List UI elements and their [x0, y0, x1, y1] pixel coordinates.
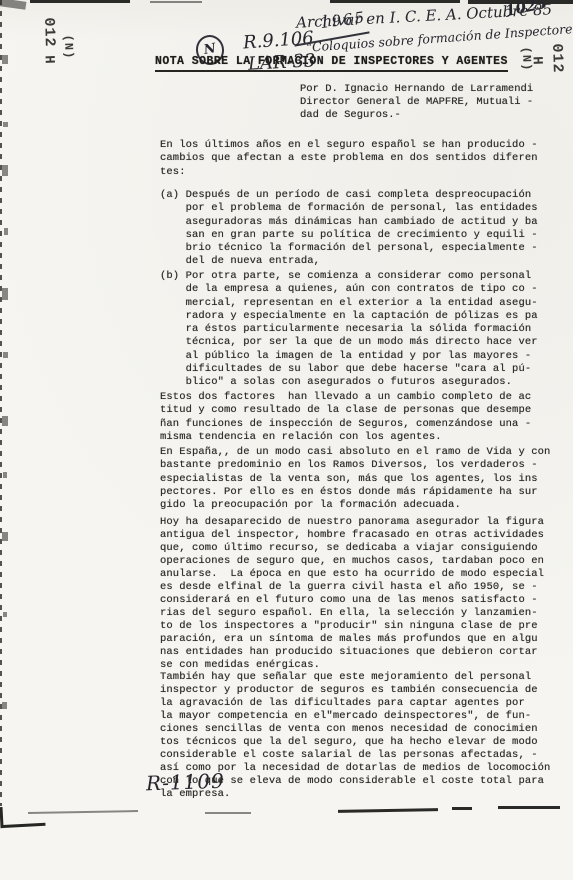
scan-left-edge-smudge [3, 122, 8, 127]
scan-left-edge-smudge [4, 228, 8, 235]
byline-role: Director General de MAPFRE, Mutuali - [300, 96, 533, 110]
byline-author: Por D. Ignacio Hernando de Larramendi [300, 83, 533, 97]
scan-right-edge-dotted-line [0, 0, 2, 806]
scan-bottom-edge-mark [452, 807, 472, 810]
body-paragraph-history: Hoy ha desaparecido de nuestro panorama … [160, 516, 560, 672]
scan-left-edge-smudge [2, 532, 8, 541]
scan-left-edge-smudge [2, 416, 8, 426]
scan-left-edge-smudge [3, 472, 7, 478]
handwritten-ref-number: R.9.106 [242, 28, 314, 54]
scan-top-edge-mark [150, 1, 202, 3]
body-paragraph-item-b: (b) Por otra parte, se comienza a consid… [160, 270, 560, 390]
scan-bottom-edge-mark [338, 808, 438, 813]
body-paragraph-spain: En España,, de un modo casi absoluto en … [160, 446, 560, 512]
body-paragraph-intro: En los últimos años en el seguro español… [160, 139, 560, 179]
scan-corner-smudge [0, 0, 26, 10]
scan-left-edge-smudge [3, 612, 7, 617]
body-paragraph-item-a: (a) Después de un período de casi comple… [160, 189, 560, 269]
archive-stamp-right-letter: H [529, 56, 545, 66]
scan-corner-bracket [0, 805, 46, 828]
scan-left-edge-smudge [3, 352, 8, 358]
byline-role-cont: dad de Seguros.- [300, 109, 401, 123]
archive-stamp-left-number: 012 [40, 17, 58, 48]
scan-bottom-edge-mark [498, 806, 560, 809]
scan-left-edge-smudge [2, 165, 8, 176]
archive-stamp-left-suffix: (N) [61, 34, 76, 59]
scan-left-edge-smudge [2, 288, 8, 300]
page-title: NOTA SOBRE LA FORMACION DE INSPECTORES Y… [155, 55, 508, 72]
scan-top-edge-mark [330, 0, 460, 3]
scan-left-edge-smudge [2, 702, 7, 709]
scan-bottom-edge-mark [205, 812, 251, 814]
body-paragraph-costs: También hay que señalar que este mejoram… [160, 671, 560, 801]
archive-stamp-left-letter: H [41, 55, 57, 65]
scanned-document-page: 012 H (N) (N) H 012 Archivar en I. C. E.… [0, 0, 573, 880]
scan-top-edge-mark [30, 0, 130, 3]
archive-stamp-right-number: 012 [548, 43, 566, 74]
body-paragraph-factors: Estos dos factores han llevado a un camb… [160, 391, 560, 444]
scan-left-edge-smudge [2, 55, 8, 64]
